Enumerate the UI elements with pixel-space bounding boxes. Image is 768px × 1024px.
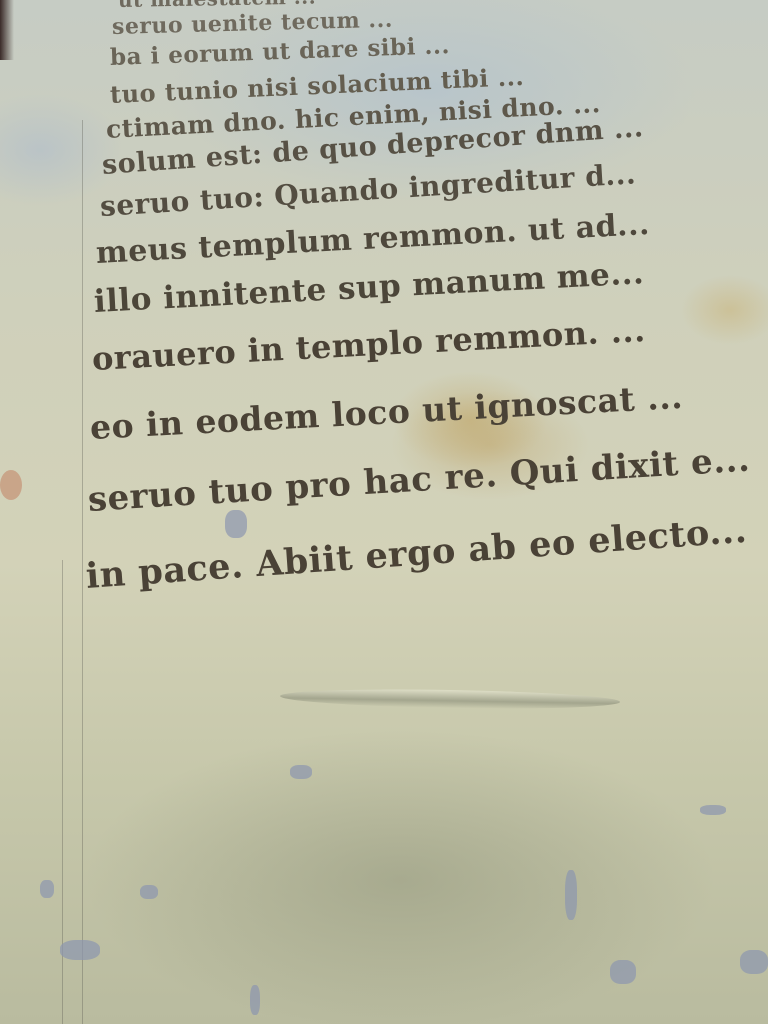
manuscript-text-block: ut maiestatem ... seruo uenite tecum ...… (0, 0, 768, 640)
worn-speck (700, 805, 726, 815)
manuscript-line: eo in eodem loco ut ignoscat ... (89, 377, 684, 447)
worn-speck (250, 985, 260, 1015)
manuscript-line: in pace. Abiit ergo ab eo electo... (85, 510, 749, 597)
worn-speck (610, 960, 636, 984)
manuscript-line: orauero in templo remmon. ... (91, 311, 646, 378)
worn-speck (40, 880, 54, 898)
worn-speck (740, 950, 768, 974)
worn-speck (565, 870, 577, 920)
worn-speck (60, 940, 100, 960)
manuscript-line: seruo tuo pro hac re. Qui dixit e... (87, 440, 751, 520)
worn-speck (140, 885, 158, 899)
worn-speck (290, 765, 312, 779)
